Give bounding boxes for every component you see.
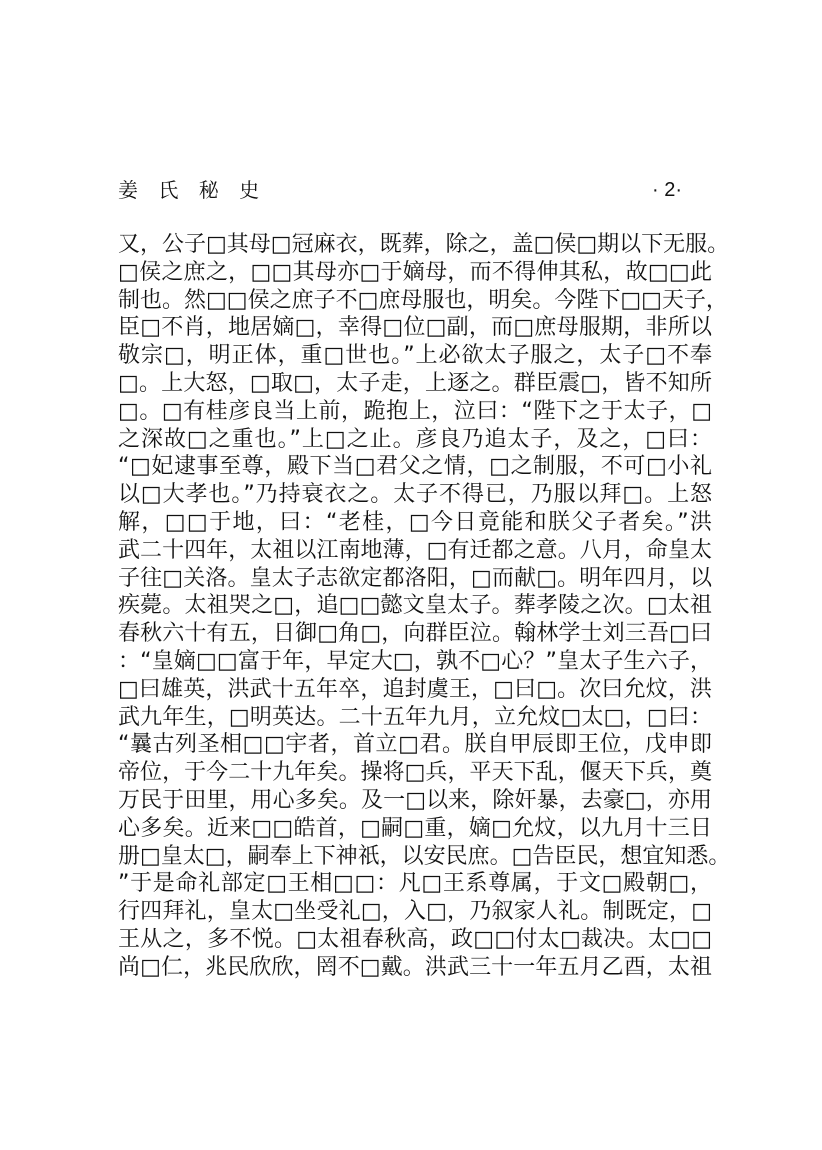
text-line: 武二十四年，太祖以江南地薄，□有迁都之意。八月，命皇太 <box>118 537 712 565</box>
text-line: ：“皇嫡□□富于年，早定大□，孰不□心？”皇太子生六子， <box>118 648 712 676</box>
text-line: 敬宗□，明正体，重□世也。”上必欲太子服之，太子□不奉 <box>118 342 712 370</box>
text-line: 疾薨。太祖哭之□，追□□懿文皇太子。葬孝陵之次。□太祖 <box>118 592 712 620</box>
text-line: 又，公子□其母□冠麻衣，既葬，除之，盖□侯□期以下无服。 <box>118 231 712 259</box>
text-line: 心多矣。近来□□皓首，□嗣□重，嫡□允炆，以九月十三日 <box>118 815 712 843</box>
text-line: 制也。然□□侯之庶子不□庶母服也，明矣。今陛下□□天子， <box>118 287 712 315</box>
text-line: □。□有桂彦良当上前，跪抱上，泣曰：“陛下之于太子，□ <box>118 398 712 426</box>
text-line: □侯之庶之，□□其母亦□于嫡母，而不得伸其私，故□□此 <box>118 259 712 287</box>
text-line: □曰雄英，洪武十五年卒，追封虞王，□曰□。次曰允炆，洪 <box>118 676 712 704</box>
page-header: 姜 氏 秘 史 · 2· <box>118 176 682 204</box>
text-line: 子往□关洛。皇太子志欲定都洛阳，□而献□。明年四月，以 <box>118 565 712 593</box>
book-title: 姜 氏 秘 史 <box>118 176 266 204</box>
body-text: 又，公子□其母□冠麻衣，既葬，除之，盖□侯□期以下无服。 □侯之庶之，□□其母亦… <box>118 231 712 982</box>
text-line: 万民于田里，用心多矣。及一□以来，除奸暴，去豪□，亦用 <box>118 787 712 815</box>
text-line: 帝位，于今二十九年矣。操将□兵，平天下乱，偃天下兵，奠 <box>118 759 712 787</box>
text-line: □。上大怒，□取□，太子走，上逐之。群臣震□，皆不知所 <box>118 370 712 398</box>
text-line: 王从之，多不悦。□太祖春秋高，政□□付太□裁决。太□□ <box>118 926 712 954</box>
text-line: 春秋六十有五，日御□角□，向群臣泣。翰林学士刘三吾□曰 <box>118 620 712 648</box>
text-line: 以□大孝也。”乃持衰衣之。太子不得已，乃服以拜□。上怒 <box>118 481 712 509</box>
text-line: 册□皇太□，嗣奉上下神祇，以安民庶。□告臣民，想宜知悉。 <box>118 843 712 871</box>
page-number: · 2· <box>652 176 682 204</box>
text-line: 解，□□于地，曰：“老桂，□今日竟能和朕父子者矣。”洪 <box>118 509 712 537</box>
text-line: 尚□仁，兆民欣欣，罔不□戴。洪武三十一年五月乙酉，太祖 <box>118 954 712 982</box>
text-line: “□妃逮事至尊，殿下当□君父之情，□之制服，不可□小礼 <box>118 453 712 481</box>
text-line: “曩古列圣相□□宇者，首立□君。朕自甲辰即王位，戊申即 <box>118 731 712 759</box>
text-line: 臣□不肖，地居嫡□，幸得□位□副，而□庶母服期，非所以 <box>118 314 712 342</box>
text-line: 武九年生，□明英达。二十五年九月，立允炆□太□，□曰： <box>118 704 712 732</box>
text-line: 之深故□之重也。”上□之止。彦良乃追太子，及之，□曰： <box>118 426 712 454</box>
text-line: ”于是命礼部定□王相□□：凡□王系尊属，于文□殿朝□， <box>118 870 712 898</box>
text-line: 行四拜礼，皇太□坐受礼□，入□，乃叙家人礼。制既定，□ <box>118 898 712 926</box>
